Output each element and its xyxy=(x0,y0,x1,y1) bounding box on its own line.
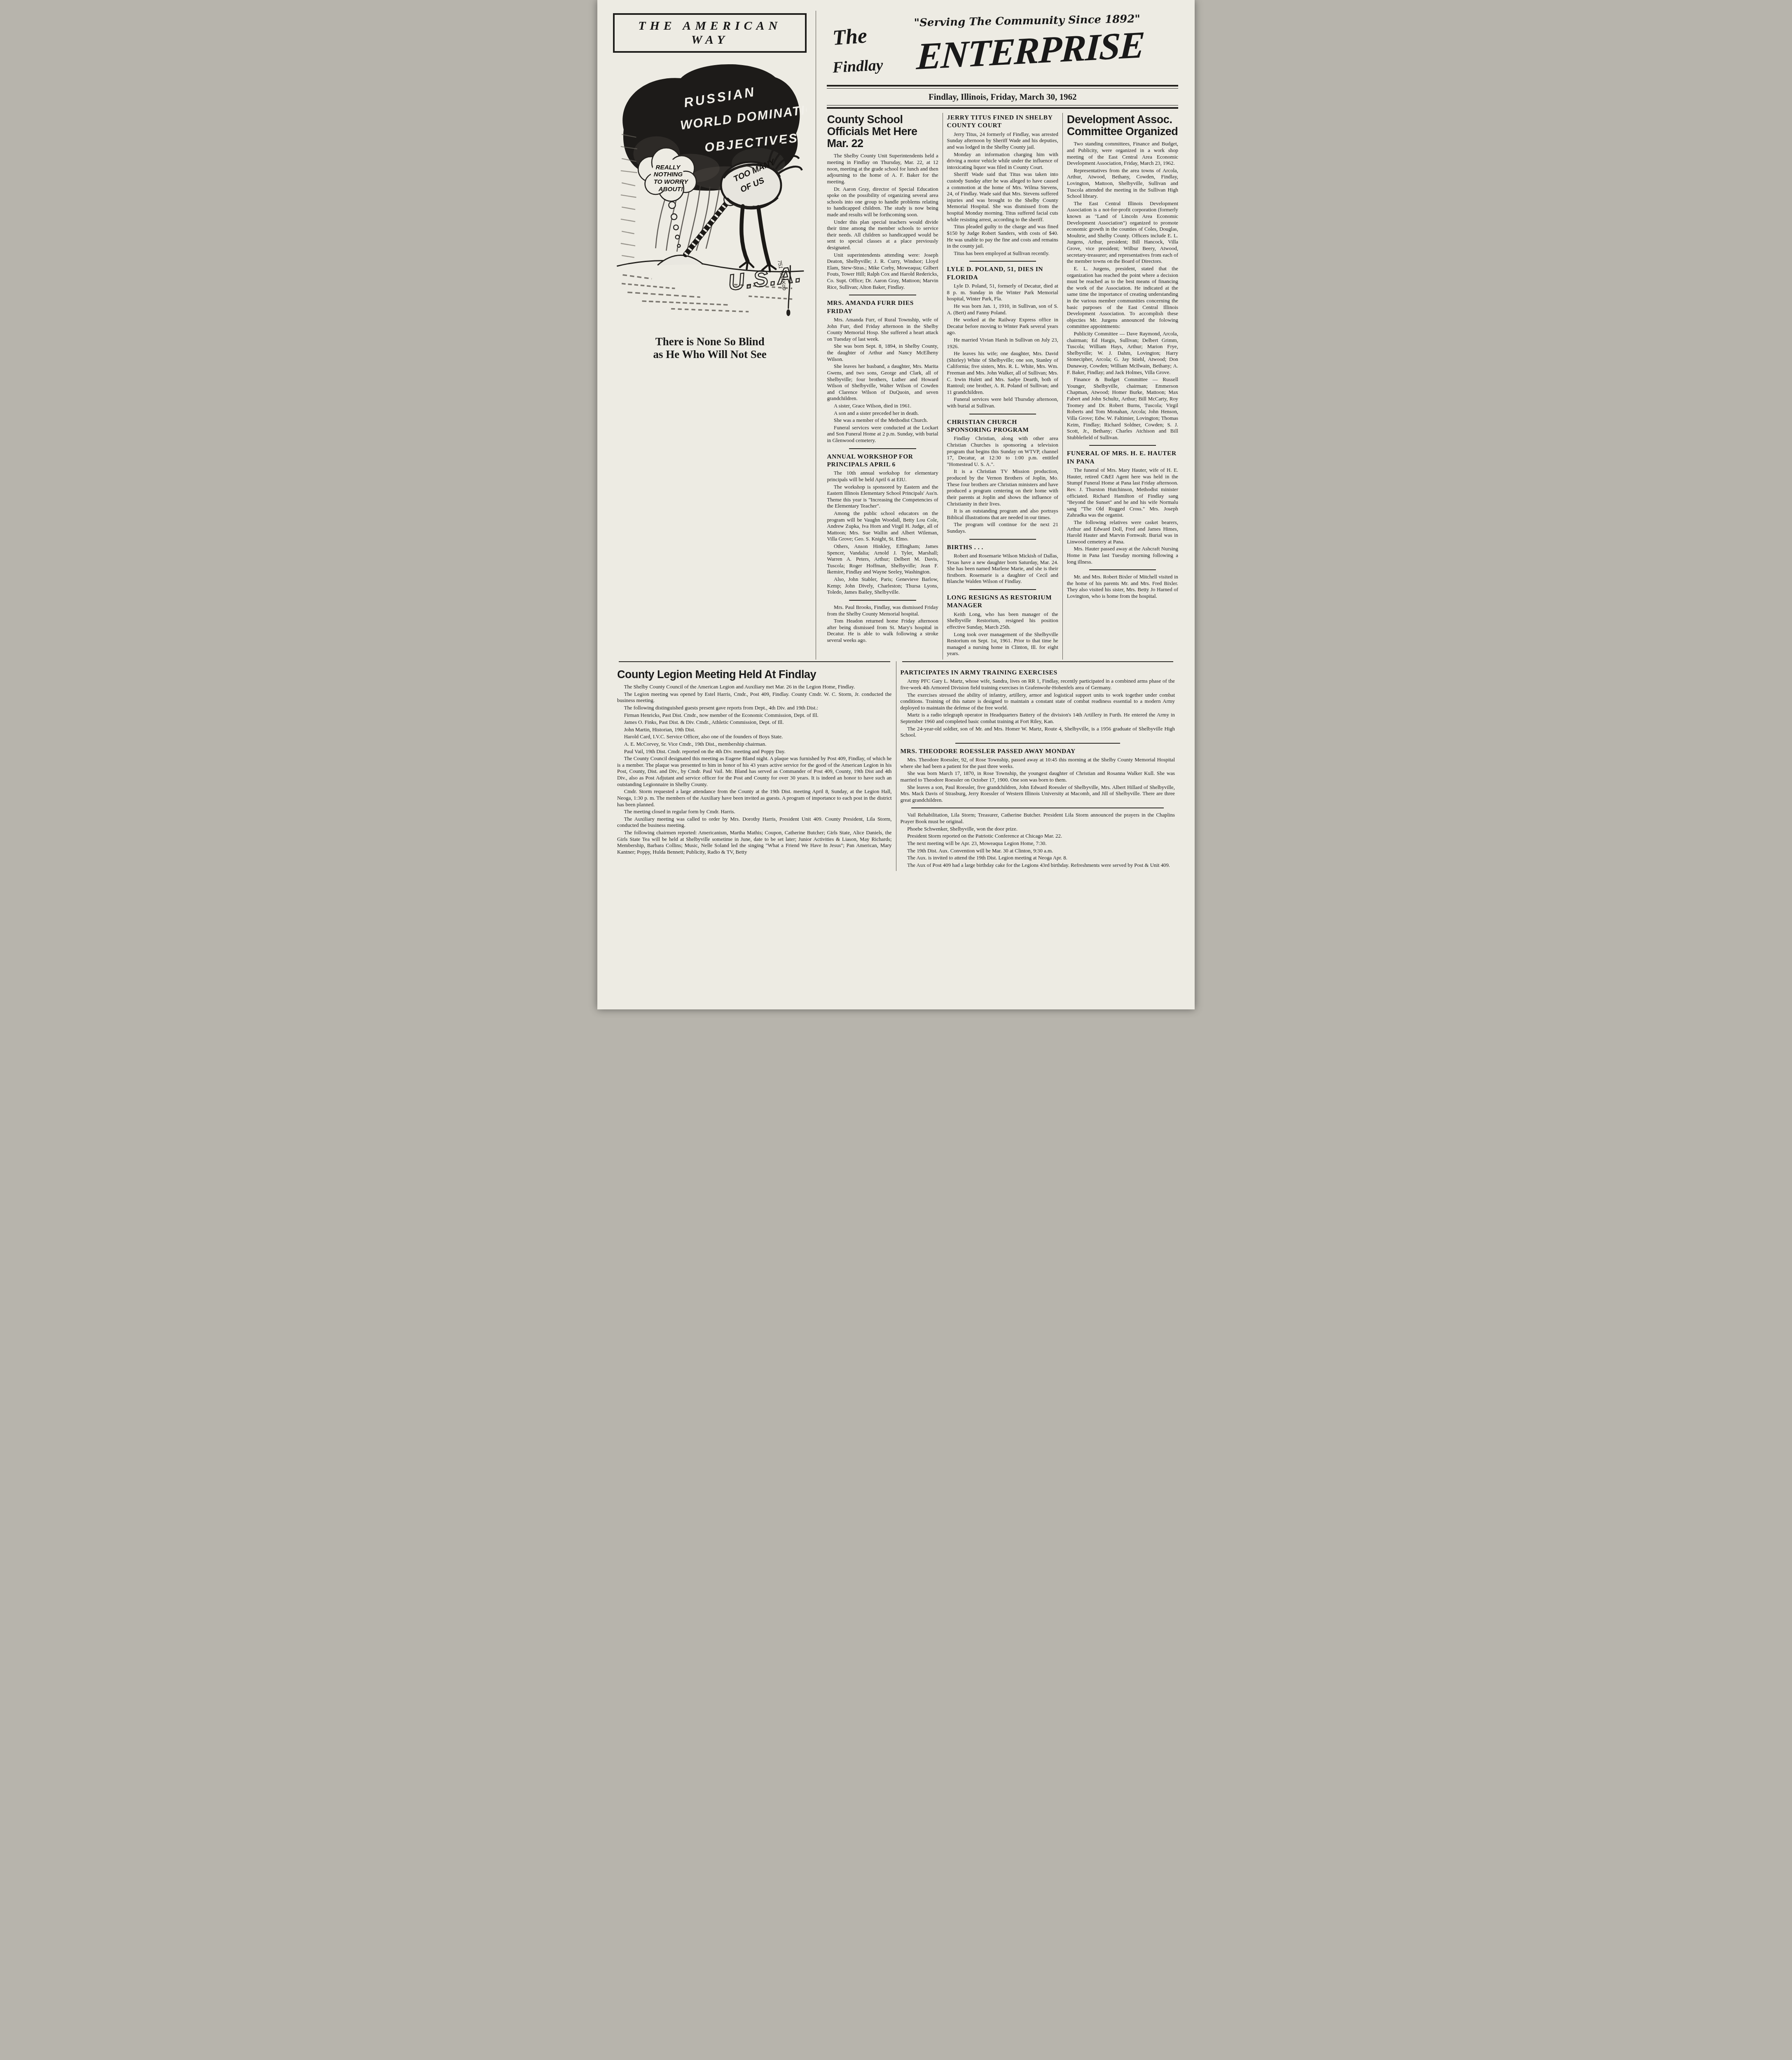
newspaper-page: THE AMERICAN WAY RUSSIAN WORLD DOMINATIO… xyxy=(597,0,1195,1009)
paragraph: She was a member of the Methodist Church… xyxy=(827,417,938,424)
paragraph: It is an outstanding program and also po… xyxy=(947,508,1058,521)
article-roessler: MRS. THEODORE ROESSLER PASSED AWAY MONDA… xyxy=(901,747,1175,804)
paragraph: Under this plan special teachers would d… xyxy=(827,219,938,251)
paragraph: Unit superintendents attending were: Jos… xyxy=(827,252,938,291)
article-title: BIRTHS . . . xyxy=(947,543,1058,551)
paragraph: Harold Card, I.V.C. Service Officer, als… xyxy=(617,734,892,740)
paragraph: Keith Long, who has been manager of the … xyxy=(947,611,1058,631)
divider xyxy=(969,539,1036,540)
masthead-main-title: ENTERPRISE xyxy=(890,24,1179,77)
bubble-text-line1: REALLY xyxy=(655,164,681,171)
divider xyxy=(1089,569,1156,570)
article-body: Army PFC Gary L. Martz, whose wife, Sand… xyxy=(901,678,1175,738)
paragraph: The Aux. is invited to attend the 19th D… xyxy=(901,855,1175,861)
paragraph: The 24-year-old soldier, son of Mr. and … xyxy=(901,726,1175,739)
paragraph: Titus pleaded guilty to the charge and w… xyxy=(947,224,1058,249)
divider xyxy=(969,261,1036,262)
paragraph: Two standing committees, Finance and Bud… xyxy=(1067,141,1178,166)
divider xyxy=(1089,445,1156,446)
rule xyxy=(827,105,1178,109)
article-county-legion: County Legion Meeting Held At Findlay Th… xyxy=(617,669,892,855)
paragraph: Others, Anson Hinkley, Effingham; James … xyxy=(827,543,938,576)
article-lyle-poland: LYLE D. POLAND, 51, DIES IN FLORIDA Lyle… xyxy=(947,265,1058,409)
paragraph: The next meeting will be Apr. 23, Moweaq… xyxy=(901,840,1175,847)
article-hauter-funeral: FUNERAL OF MRS. H. E. HAUTER IN PANA The… xyxy=(1067,449,1178,565)
paragraph: It is a Christian TV Mission production,… xyxy=(947,468,1058,507)
masthead: "Serving The Community Since 1892" The F… xyxy=(823,11,1182,109)
paragraph: The Legion meeting was opened by Estel H… xyxy=(617,691,892,704)
article-jerry-titus: JERRY TITUS FINED IN SHELBY COUNTY COURT… xyxy=(947,114,1058,257)
paragraph: Long took over management of the Shelbyv… xyxy=(947,632,1058,657)
article-body: Lyle D. Poland, 51, formerly of Decatur,… xyxy=(947,283,1058,410)
article-body: Findlay Christian, along with other area… xyxy=(947,435,1058,534)
divider xyxy=(849,600,916,601)
paragraph: The following relatives were casket bear… xyxy=(1067,520,1178,545)
paragraph: The East Central Illinois Development As… xyxy=(1067,201,1178,265)
paragraph: Army PFC Gary L. Martz, whose wife, Sand… xyxy=(901,678,1175,691)
article-army-training: PARTICIPATES IN ARMY TRAINING EXERCISES … xyxy=(901,669,1175,739)
cartoon-section: THE AMERICAN WAY RUSSIAN WORLD DOMINATIO… xyxy=(610,11,816,660)
paragraph: Dr. Aaron Gray, director of Special Educ… xyxy=(827,186,938,218)
article-title: LONG RESIGNS AS RESTORIUM MANAGER xyxy=(947,594,1058,610)
divider xyxy=(849,448,916,449)
divider xyxy=(955,743,1120,744)
paragraph: The exercises stressed the ability of in… xyxy=(901,692,1175,712)
article-hospital-notes: Mrs. Paul Brooks, Findlay, was dismissed… xyxy=(827,604,938,644)
paragraph: Representatives from the area towns of A… xyxy=(1067,168,1178,200)
masthead-left: The Findlay xyxy=(827,26,883,74)
article-body: Jerry Titus, 24 formerly of Findlay, was… xyxy=(947,131,1058,257)
divider xyxy=(969,589,1036,590)
article-title: County School Officials Met Here Mar. 22 xyxy=(827,114,938,150)
paragraph: He leaves his wife; one daughter, Mrs. D… xyxy=(947,351,1058,396)
rule xyxy=(902,661,1174,665)
rule xyxy=(827,85,1178,89)
bubble-text-line4: ABOUT! xyxy=(658,186,683,193)
paragraph: The 19th Dist. Aux. Convention will be M… xyxy=(901,848,1175,854)
paragraph: The workshop is sponsored by Eastern and… xyxy=(827,484,938,510)
paragraph: Among the public school educators on the… xyxy=(827,510,938,543)
article-bixler-visit: Mr. and Mrs. Robert Bixler of Mitchell v… xyxy=(1067,574,1178,599)
paragraph: The program will continue for the next 2… xyxy=(947,522,1058,534)
article-body: Two standing committees, Finance and Bud… xyxy=(1067,141,1178,441)
article-title: PARTICIPATES IN ARMY TRAINING EXERCISES xyxy=(901,669,1175,677)
article-county-school: County School Officials Met Here Mar. 22… xyxy=(827,114,938,290)
cartoon-ground-label: U.S.A. xyxy=(727,262,803,295)
left-columns: County Legion Meeting Held At Findlay Th… xyxy=(613,661,1179,871)
right-section: "Serving The Community Since 1892" The F… xyxy=(816,11,1182,660)
ostrich-cartoon-image: RUSSIAN WORLD DOMINATION OBJECTIVES xyxy=(613,57,807,333)
article-body: Vail Rehabilitation, Lila Storm; Treasur… xyxy=(901,812,1175,868)
article-title: County Legion Meeting Held At Findlay xyxy=(617,669,892,681)
paragraph: James O. Finks, Past Dist. & Div. Cmdr.,… xyxy=(617,719,892,726)
top-section: THE AMERICAN WAY RUSSIAN WORLD DOMINATIO… xyxy=(610,11,1182,660)
paragraph: John Martin, Historian, 19th Dist. xyxy=(617,727,892,733)
caption-line-1: There is None So Blind xyxy=(610,335,810,348)
article-christian-church: CHRISTIAN CHURCH SPONSORING PROGRAM Find… xyxy=(947,418,1058,535)
paragraph: He worked at the Railway Express office … xyxy=(947,317,1058,336)
article-body: The Shelby County Unit Superintendents h… xyxy=(827,153,938,290)
article-amanda-furr: MRS. AMANDA FURR DIES FRIDAY Mrs. Amanda… xyxy=(827,299,938,444)
paragraph: The Shelby County Council of the America… xyxy=(617,684,892,691)
cartoon-box-title: THE AMERICAN WAY xyxy=(613,13,807,53)
bubble-text-line3: TO WORRY xyxy=(654,178,689,185)
paragraph: A sister, Grace Wilson, died in 1961. xyxy=(827,403,938,410)
article-body: Mrs. Paul Brooks, Findlay, was dismissed… xyxy=(827,604,938,644)
article-title: MRS. THEODORE ROESSLER PASSED AWAY MONDA… xyxy=(901,747,1175,755)
paragraph: Publicity Committee — Dave Raymond, Arco… xyxy=(1067,331,1178,376)
article-body: The 10th annual workshop for elementary … xyxy=(827,470,938,596)
masthead-title-row: The Findlay ENTERPRISE xyxy=(827,26,1178,74)
paragraph: Titus has been employed at Sullivan rece… xyxy=(947,250,1058,257)
paragraph: Mrs. Theodore Roessler, 92, of Rose Town… xyxy=(901,757,1175,770)
paragraph: Findlay Christian, along with other area… xyxy=(947,435,1058,468)
article-title: ANNUAL WORKSHOP FOR PRINCIPALS APRIL 6 xyxy=(827,453,938,469)
article-title: CHRISTIAN CHURCH SPONSORING PROGRAM xyxy=(947,418,1058,434)
paragraph: Finance & Budget Committee — Russell You… xyxy=(1067,377,1178,441)
paragraph: Paul Vail, 19th Dist. Cmdr. reported on … xyxy=(617,749,892,755)
paragraph: Monday an information charging him with … xyxy=(947,152,1058,171)
cartoon-caption: There is None So Blind as He Who Will No… xyxy=(610,335,810,361)
article-long-resigns: LONG RESIGNS AS RESTORIUM MANAGER Keith … xyxy=(947,594,1058,657)
paragraph: Mr. and Mrs. Robert Bixler of Mitchell v… xyxy=(1067,574,1178,599)
paragraph: President Storm reported on the Patrioti… xyxy=(901,833,1175,840)
editorial-cartoon: RUSSIAN WORLD DOMINATION OBJECTIVES xyxy=(613,57,807,333)
paragraph: Mrs. Hauter passed away at the Ashcraft … xyxy=(1067,546,1178,565)
paragraph: Phoebe Schwenker, Shelbyville, won the d… xyxy=(901,826,1175,833)
article-title: Development Assoc. Committee Organized xyxy=(1067,114,1178,138)
article-title: JERRY TITUS FINED IN SHELBY COUNTY COURT xyxy=(947,114,1058,130)
paragraph: He was born Jan. 1, 1910, in Sullivan, s… xyxy=(947,303,1058,316)
column-2: PARTICIPATES IN ARMY TRAINING EXERCISES … xyxy=(896,661,1179,871)
divider xyxy=(911,808,1164,808)
column-3: County School Officials Met Here Mar. 22… xyxy=(823,113,942,660)
article-title: LYLE D. POLAND, 51, DIES IN FLORIDA xyxy=(947,265,1058,281)
divider xyxy=(969,414,1036,414)
column-4: JERRY TITUS FINED IN SHELBY COUNTY COURT… xyxy=(943,113,1062,660)
article-development-assoc: Development Assoc. Committee Organized T… xyxy=(1067,114,1178,441)
bubble-text-line2: NOTHING xyxy=(654,171,683,178)
paragraph: The Shelby County Unit Superintendents h… xyxy=(827,153,938,185)
paragraph: He married Vivian Harsh in Sullivan on J… xyxy=(947,337,1058,350)
article-title: MRS. AMANDA FURR DIES FRIDAY xyxy=(827,299,938,315)
article-auxiliary-continued: Vail Rehabilitation, Lila Storm; Treasur… xyxy=(901,812,1175,868)
article-body: Mrs. Amanda Furr, of Rural Township, wif… xyxy=(827,317,938,444)
paragraph: She leaves a son, Paul Roessler, five gr… xyxy=(901,784,1175,804)
paragraph: Lyle D. Poland, 51, formerly of Decatur,… xyxy=(947,283,1058,302)
masthead-the: The xyxy=(832,25,868,49)
paragraph: E. L. Jurgens, president, stated that th… xyxy=(1067,266,1178,330)
article-body: Keith Long, who has been manager of the … xyxy=(947,611,1058,657)
paragraph: The Aux of Post 409 had a large birthday… xyxy=(901,862,1175,869)
paragraph: Also, John Stabler, Paris; Genevieve Bar… xyxy=(827,576,938,596)
paragraph: Mrs. Amanda Furr, of Rural Township, wif… xyxy=(827,317,938,342)
paragraph: The County Council designated this meeti… xyxy=(617,756,892,788)
paragraph: Funeral services were conducted at the L… xyxy=(827,425,938,444)
caption-line-2: as He Who Will Not See xyxy=(610,348,810,361)
paragraph: A. E. McCorvey, Sr. Vice Cmdr., 19th Dis… xyxy=(617,741,892,748)
paragraph: The following chairmen reported: America… xyxy=(617,830,892,855)
dateline: Findlay, Illinois, Friday, March 30, 196… xyxy=(827,89,1178,105)
paragraph: Sheriff Wade said that Titus was taken i… xyxy=(947,171,1058,223)
paragraph: Tom Headon returned home Friday afternoo… xyxy=(827,618,938,644)
article-body: The funeral of Mrs. Mary Hauter, wife of… xyxy=(1067,467,1178,565)
article-body: Robert and Rosemarie Wilson Mickish of D… xyxy=(947,553,1058,585)
paragraph: The meeting closed in regular form by Cm… xyxy=(617,809,892,815)
article-workshop: ANNUAL WORKSHOP FOR PRINCIPALS APRIL 6 T… xyxy=(827,453,938,596)
masthead-findlay: Findlay xyxy=(832,57,883,75)
paragraph: Firman Henricks, Past Dist. Cmdr., now m… xyxy=(617,712,892,719)
article-body: The Shelby County Council of the America… xyxy=(617,684,892,855)
paragraph: She was born Sept. 8, 1894, in Shelby Co… xyxy=(827,343,938,363)
column-1: County Legion Meeting Held At Findlay Th… xyxy=(613,661,896,871)
paragraph: Martz is a radio telegraph operator in H… xyxy=(901,712,1175,725)
paragraph: Funeral services were held Thursday afte… xyxy=(947,396,1058,409)
paragraph: Mrs. Paul Brooks, Findlay, was dismissed… xyxy=(827,604,938,617)
paragraph: The 10th annual workshop for elementary … xyxy=(827,470,938,483)
column-5: Development Assoc. Committee Organized T… xyxy=(1062,113,1182,660)
paragraph: Robert and Rosemarie Wilson Mickish of D… xyxy=(947,553,1058,585)
divider xyxy=(849,295,916,295)
paragraph: Cmdr. Storm requested a large attendance… xyxy=(617,789,892,808)
article-births: BIRTHS . . . Robert and Rosemarie Wilson… xyxy=(947,543,1058,585)
main-columns: County School Officials Met Here Mar. 22… xyxy=(823,113,1182,660)
paragraph: The Auxiliary meeting was called to orde… xyxy=(617,816,892,829)
article-body: Mr. and Mrs. Robert Bixler of Mitchell v… xyxy=(1067,574,1178,599)
paragraph: Jerry Titus, 24 formerly of Findlay, was… xyxy=(947,131,1058,151)
article-title: FUNERAL OF MRS. H. E. HAUTER IN PANA xyxy=(1067,449,1178,466)
article-body: Mrs. Theodore Roessler, 92, of Rose Town… xyxy=(901,757,1175,803)
paragraph: Vail Rehabilitation, Lila Storm; Treasur… xyxy=(901,812,1175,825)
paragraph: The funeral of Mrs. Mary Hauter, wife of… xyxy=(1067,467,1178,519)
paragraph: She was born March 17, 1870, in Rose Tow… xyxy=(901,770,1175,783)
rule xyxy=(619,661,890,665)
paragraph: She leaves her husband, a daughter, Mrs.… xyxy=(827,363,938,402)
paragraph: A son and a sister preceded her in death… xyxy=(827,410,938,417)
paragraph: The following distinguished guests prese… xyxy=(617,705,892,712)
